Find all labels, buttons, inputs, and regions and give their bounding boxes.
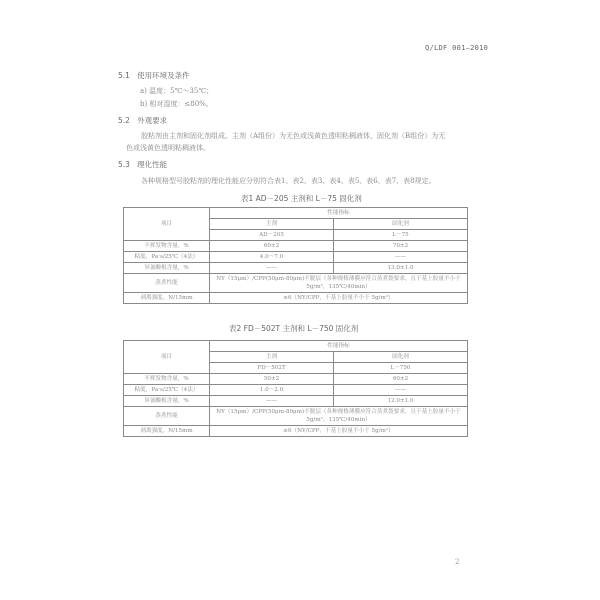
section-number: 5.3	[118, 160, 130, 169]
section-title: 使用环境及条件	[137, 71, 190, 80]
row-item: 蒸煮性能	[124, 274, 210, 293]
table-row: 粘度，Pa·s/25℃（4法） 4.0～7.0 ——	[124, 252, 468, 263]
section-number: 5.1	[118, 71, 130, 80]
appearance-paragraph-line1: 胶粘剂由主剂和固化剂组成。主剂（A组份）为无色或浅黄色透明粘稠液体，固化剂（B组…	[141, 131, 445, 141]
appearance-paragraph-line2: 色或浅黄色透明粘稠液体。	[126, 143, 210, 153]
row-item: 蒸煮性能	[124, 407, 210, 426]
table2-col-curing: 固化剂	[334, 352, 468, 363]
table1-col-curing: 固化剂	[334, 219, 468, 230]
row-main-value: 1.0～2.0	[210, 385, 334, 396]
table-row: 不挥发物含量，% 50±2 60±2	[124, 374, 468, 385]
table2-header-group: 性能指标	[210, 341, 468, 352]
table1: 项目 性能指标 主剂 固化剂 AD－205 L－75 不挥发物含量，% 60±2…	[123, 207, 468, 304]
row-merged-value: NY（15μm）/CPP(50μm-80μm)不脱层（各种规格薄膜应符合蒸煮袋要…	[210, 407, 468, 426]
section-title: 外观要求	[137, 116, 167, 125]
table1-caption: 表1 AD－205 主剂和 L－75 固化剂	[241, 193, 362, 204]
row-curing-value: 60±2	[334, 374, 468, 385]
row-curing-value: 13.0±1.0	[334, 263, 468, 274]
table-row: 异氰酸根含量，% —— 13.0±1.0	[124, 263, 468, 274]
table1-col-main: 主剂	[210, 219, 334, 230]
section-title: 理化性能	[137, 160, 167, 169]
row-item: 剥离强度，N/15mm	[124, 426, 210, 437]
table-row: 粘度，Pa·s/25℃（4法） 1.0～2.0 ——	[124, 385, 468, 396]
row-curing-value: 70±2	[334, 241, 468, 252]
condition-temperature: a) 温度：5℃～35℃；	[140, 86, 213, 96]
row-item: 异氰酸根含量，%	[124, 263, 210, 274]
row-merged-value: ≥6（NY/CPP，干基上胶量不小于 5g/m²）	[210, 293, 468, 304]
row-item: 异氰酸根含量，%	[124, 396, 210, 407]
table2-model-main: FD－502T	[210, 363, 334, 374]
table2-header-item: 项目	[124, 341, 210, 374]
table-row: 蒸煮性能 NY（15μm）/CPP(50μm-80μm)不脱层（各种规格薄膜应符…	[124, 274, 468, 293]
condition-humidity: b) 相对湿度：≤80%。	[140, 99, 213, 109]
row-main-value: 4.0～7.0	[210, 252, 334, 263]
standard-number: Q/LDF 001—2010	[425, 44, 488, 52]
table2-caption: 表2 FD－502T 主剂和 L－750 固化剂	[229, 323, 358, 334]
row-item: 粘度，Pa·s/25℃（4法）	[124, 385, 210, 396]
row-main-value: ——	[210, 263, 334, 274]
table2-col-main: 主剂	[210, 352, 334, 363]
section-5-2-heading: 5.2 外观要求	[118, 115, 167, 126]
table1-header-item: 项目	[124, 208, 210, 241]
row-curing-value: ——	[334, 385, 468, 396]
table-row: 不挥发物含量，% 60±2 70±2	[124, 241, 468, 252]
section-5-3-heading: 5.3 理化性能	[118, 159, 167, 170]
table-row: 剥离强度，N/15mm ≥6（NY/CPP，干基上胶量不小于 5g/m²）	[124, 293, 468, 304]
table1-model-main: AD－205	[210, 230, 334, 241]
table2: 项目 性能指标 主剂 固化剂 FD－502T L－750 不挥发物含量，% 50…	[123, 340, 468, 437]
table-row: 蒸煮性能 NY（15μm）/CPP(50μm-80μm)不脱层（各种规格薄膜应符…	[124, 407, 468, 426]
row-main-value: 60±2	[210, 241, 334, 252]
row-main-value: 50±2	[210, 374, 334, 385]
table-row: 剥离强度，N/15mm ≥6（NY/CPP，干基上胶量不小于 5g/m²）	[124, 426, 468, 437]
section-number: 5.2	[118, 116, 130, 125]
table1-header-group: 性能指标	[210, 208, 468, 219]
row-curing-value: ——	[334, 252, 468, 263]
row-merged-value: ≥6（NY/CPP，干基上胶量不小于 5g/m²）	[210, 426, 468, 437]
section-5-1-heading: 5.1 使用环境及条件	[118, 70, 190, 81]
row-item: 粘度，Pa·s/25℃（4法）	[124, 252, 210, 263]
table-row: 异氰酸根含量，% —— 12.0±1.0	[124, 396, 468, 407]
physchem-paragraph: 各种规格型号胶粘剂的理化性能应分别符合表1、表2、表3、表4、表5、表6、表7、…	[141, 176, 436, 186]
row-item: 不挥发物含量，%	[124, 241, 210, 252]
row-merged-value: NY（15μm）/CPP(50μm-80μm)不脱层（各种规格薄膜应符合蒸煮袋要…	[210, 274, 468, 293]
row-item: 不挥发物含量，%	[124, 374, 210, 385]
table2-model-curing: L－750	[334, 363, 468, 374]
row-main-value: ——	[210, 396, 334, 407]
row-curing-value: 12.0±1.0	[334, 396, 468, 407]
page-number: 2	[455, 558, 459, 566]
table1-model-curing: L－75	[334, 230, 468, 241]
row-item: 剥离强度，N/15mm	[124, 293, 210, 304]
